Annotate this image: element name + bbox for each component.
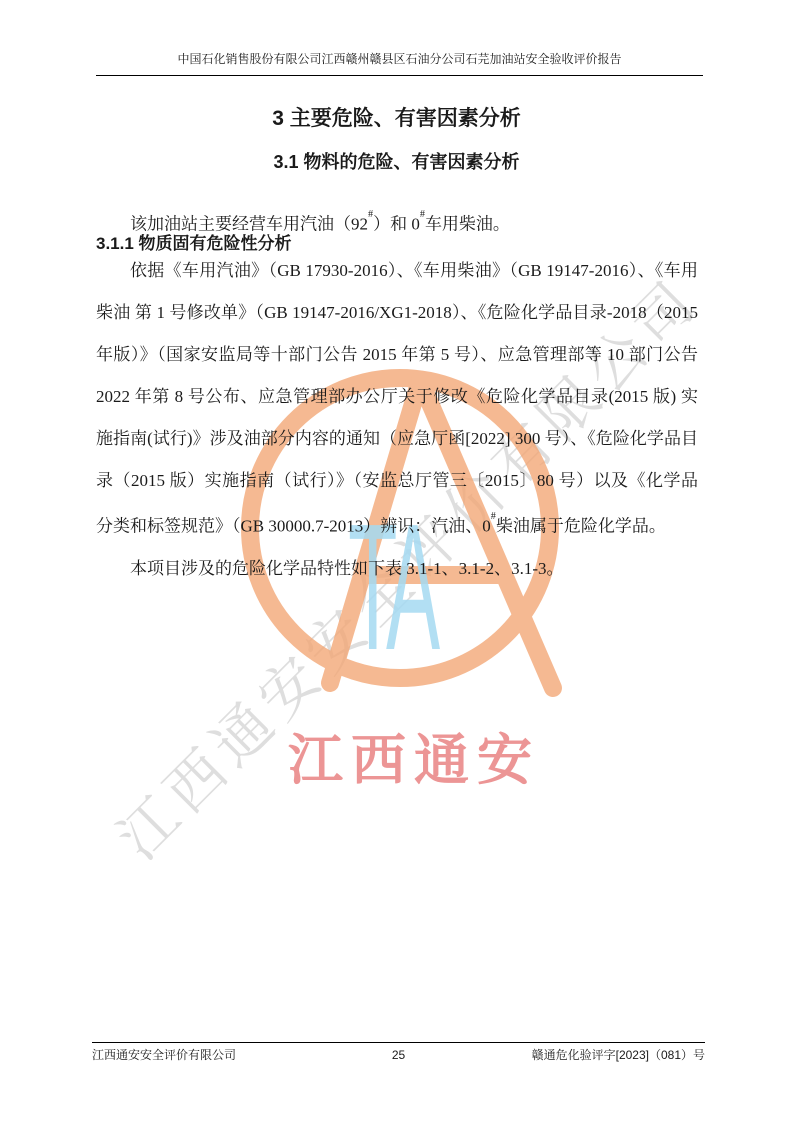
footer-company: 江西通安安全评价有限公司 bbox=[92, 1047, 392, 1063]
superscript-hash: # bbox=[420, 209, 425, 220]
footer-document-number: 赣通危化验评字[2023]（081）号 bbox=[405, 1047, 705, 1063]
page-number: 25 bbox=[392, 1047, 405, 1063]
standards-paragraph: 依据《车用汽油》（GB 17930-2016）、《车用柴油》（GB 19147-… bbox=[96, 250, 698, 548]
superscript-hash: # bbox=[491, 511, 496, 522]
header-title: 中国石化销售股份有限公司江西赣州赣县区石油分公司石芫加油站安全验收评价报告 bbox=[177, 52, 621, 66]
chapter-title: 3 主要危险、有害因素分析 bbox=[0, 102, 793, 132]
intro-text-3: 车用柴油。 bbox=[425, 215, 510, 234]
standards-text-1: 依据《车用汽油》（GB 17930-2016）、《车用柴油》（GB 19147-… bbox=[96, 261, 698, 536]
report-page: 江西通安安全评价有限公司 TA 江西通安 中国石化销售股份有限公司江西赣州赣县区… bbox=[0, 0, 793, 1122]
body-paragraphs: 依据《车用汽油》（GB 17930-2016）、《车用柴油》（GB 19147-… bbox=[96, 250, 698, 590]
document-content: 中国石化销售股份有限公司江西赣州赣县区石油分公司石芫加油站安全验收评价报告 3 … bbox=[0, 0, 793, 1122]
standards-text-2: 柴油属于危险化学品。 bbox=[496, 517, 666, 536]
tables-reference-paragraph: 本项目涉及的危险化学品特性如下表 3.1-1、3.1-2、3.1-3。 bbox=[96, 548, 698, 590]
page-header: 中国石化销售股份有限公司江西赣州赣县区石油分公司石芫加油站安全验收评价报告 bbox=[96, 50, 703, 76]
page-footer: 江西通安安全评价有限公司 25 赣通危化验评字[2023]（081）号 bbox=[92, 1042, 705, 1063]
section-title: 3.1 物料的危险、有害因素分析 bbox=[0, 148, 793, 174]
intro-text-2: ）和 0 bbox=[373, 215, 420, 234]
superscript-hash: # bbox=[368, 209, 373, 220]
